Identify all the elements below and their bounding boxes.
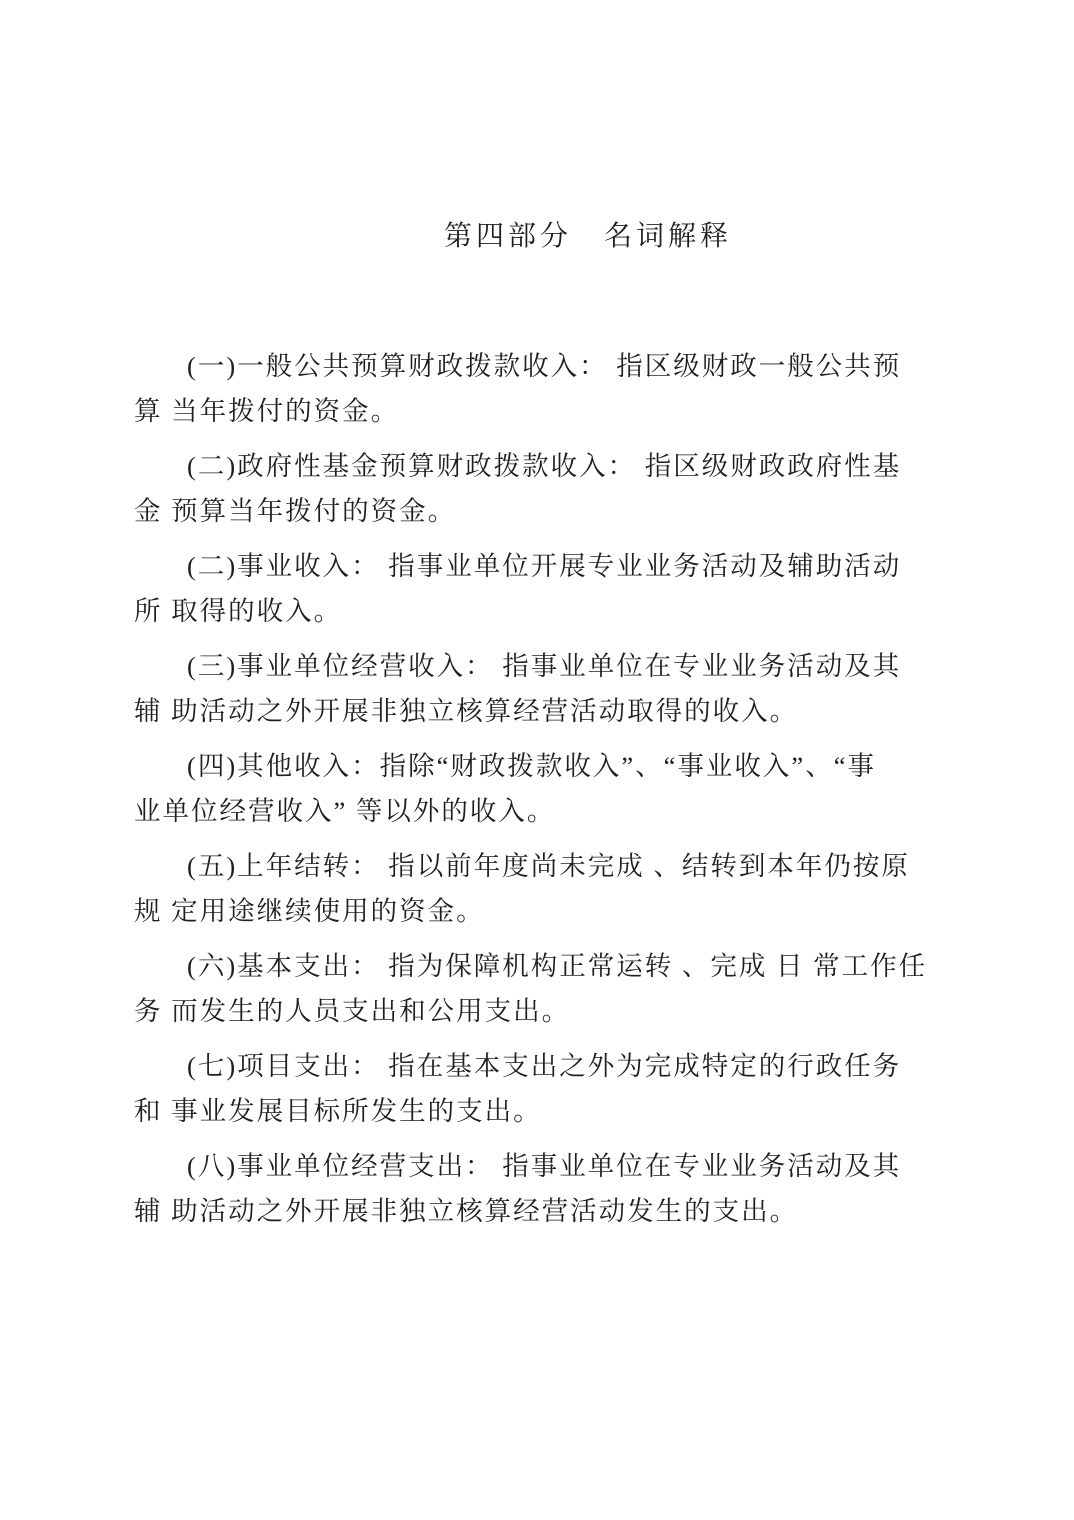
paragraph-second-line: 算 当年拨付的资金。 xyxy=(134,389,1014,434)
paragraph-first-line: (六)基本支出： 指为保障机构正常运转 、完成 日 常工作任 xyxy=(134,944,1014,989)
paragraph-second-line: 金 预算当年拨付的资金。 xyxy=(134,489,1014,534)
page-title: 第四部分 名词解释 xyxy=(162,217,1014,257)
paragraph-first-line: (四)其他收入：指除“财政拨款收入”、“事业收入”、“事 xyxy=(134,744,1014,789)
term-paragraph-3: (二)事业收入： 指事业单位开展专业业务活动及辅助活动 所 取得的收入。 xyxy=(134,544,1014,634)
term-paragraph-8: (七)项目支出： 指在基本支出之外为完成特定的行政任务 和 事业发展目标所发生的… xyxy=(134,1044,1014,1134)
paragraph-first-line: (五)上年结转： 指以前年度尚未完成 、结转到本年仍按原 xyxy=(134,844,1014,889)
term-paragraph-2: (二)政府性基金预算财政拨款收入： 指区级财政政府性基 金 预算当年拨付的资金。 xyxy=(134,444,1014,534)
paragraph-first-line: (一)一般公共预算财政拨款收入： 指区级财政一般公共预 xyxy=(134,344,1014,389)
term-paragraph-7: (六)基本支出： 指为保障机构正常运转 、完成 日 常工作任 务 而发生的人员支… xyxy=(134,944,1014,1034)
term-paragraph-4: (三)事业单位经营收入： 指事业单位在专业业务活动及其 辅 助活动之外开展非独立… xyxy=(134,644,1014,734)
paragraph-first-line: (八)事业单位经营支出： 指事业单位在专业业务活动及其 xyxy=(134,1144,1014,1189)
glossary-body: (一)一般公共预算财政拨款收入： 指区级财政一般公共预 算 当年拨付的资金。 (… xyxy=(134,344,1014,1234)
term-paragraph-5: (四)其他收入：指除“财政拨款收入”、“事业收入”、“事 业单位经营收入” 等以… xyxy=(134,744,1014,834)
paragraph-second-line: 务 而发生的人员支出和公用支出。 xyxy=(134,989,1014,1034)
term-paragraph-9: (八)事业单位经营支出： 指事业单位在专业业务活动及其 辅 助活动之外开展非独立… xyxy=(134,1144,1014,1234)
paragraph-second-line: 规 定用途继续使用的资金。 xyxy=(134,889,1014,934)
paragraph-first-line: (七)项目支出： 指在基本支出之外为完成特定的行政任务 xyxy=(134,1044,1014,1089)
document-page: 第四部分 名词解释 (一)一般公共预算财政拨款收入： 指区级财政一般公共预 算 … xyxy=(0,0,1074,1520)
paragraph-first-line: (二)政府性基金预算财政拨款收入： 指区级财政政府性基 xyxy=(134,444,1014,489)
paragraph-second-line: 辅 助活动之外开展非独立核算经营活动发生的支出。 xyxy=(134,1189,1014,1234)
paragraph-first-line: (二)事业收入： 指事业单位开展专业业务活动及辅助活动 xyxy=(134,544,1014,589)
paragraph-second-line: 和 事业发展目标所发生的支出。 xyxy=(134,1089,1014,1134)
term-paragraph-6: (五)上年结转： 指以前年度尚未完成 、结转到本年仍按原 规 定用途继续使用的资… xyxy=(134,844,1014,934)
paragraph-second-line: 辅 助活动之外开展非独立核算经营活动取得的收入。 xyxy=(134,689,1014,734)
term-paragraph-1: (一)一般公共预算财政拨款收入： 指区级财政一般公共预 算 当年拨付的资金。 xyxy=(134,344,1014,434)
paragraph-second-line: 业单位经营收入” 等以外的收入。 xyxy=(134,789,1014,834)
paragraph-second-line: 所 取得的收入。 xyxy=(134,589,1014,634)
paragraph-first-line: (三)事业单位经营收入： 指事业单位在专业业务活动及其 xyxy=(134,644,1014,689)
